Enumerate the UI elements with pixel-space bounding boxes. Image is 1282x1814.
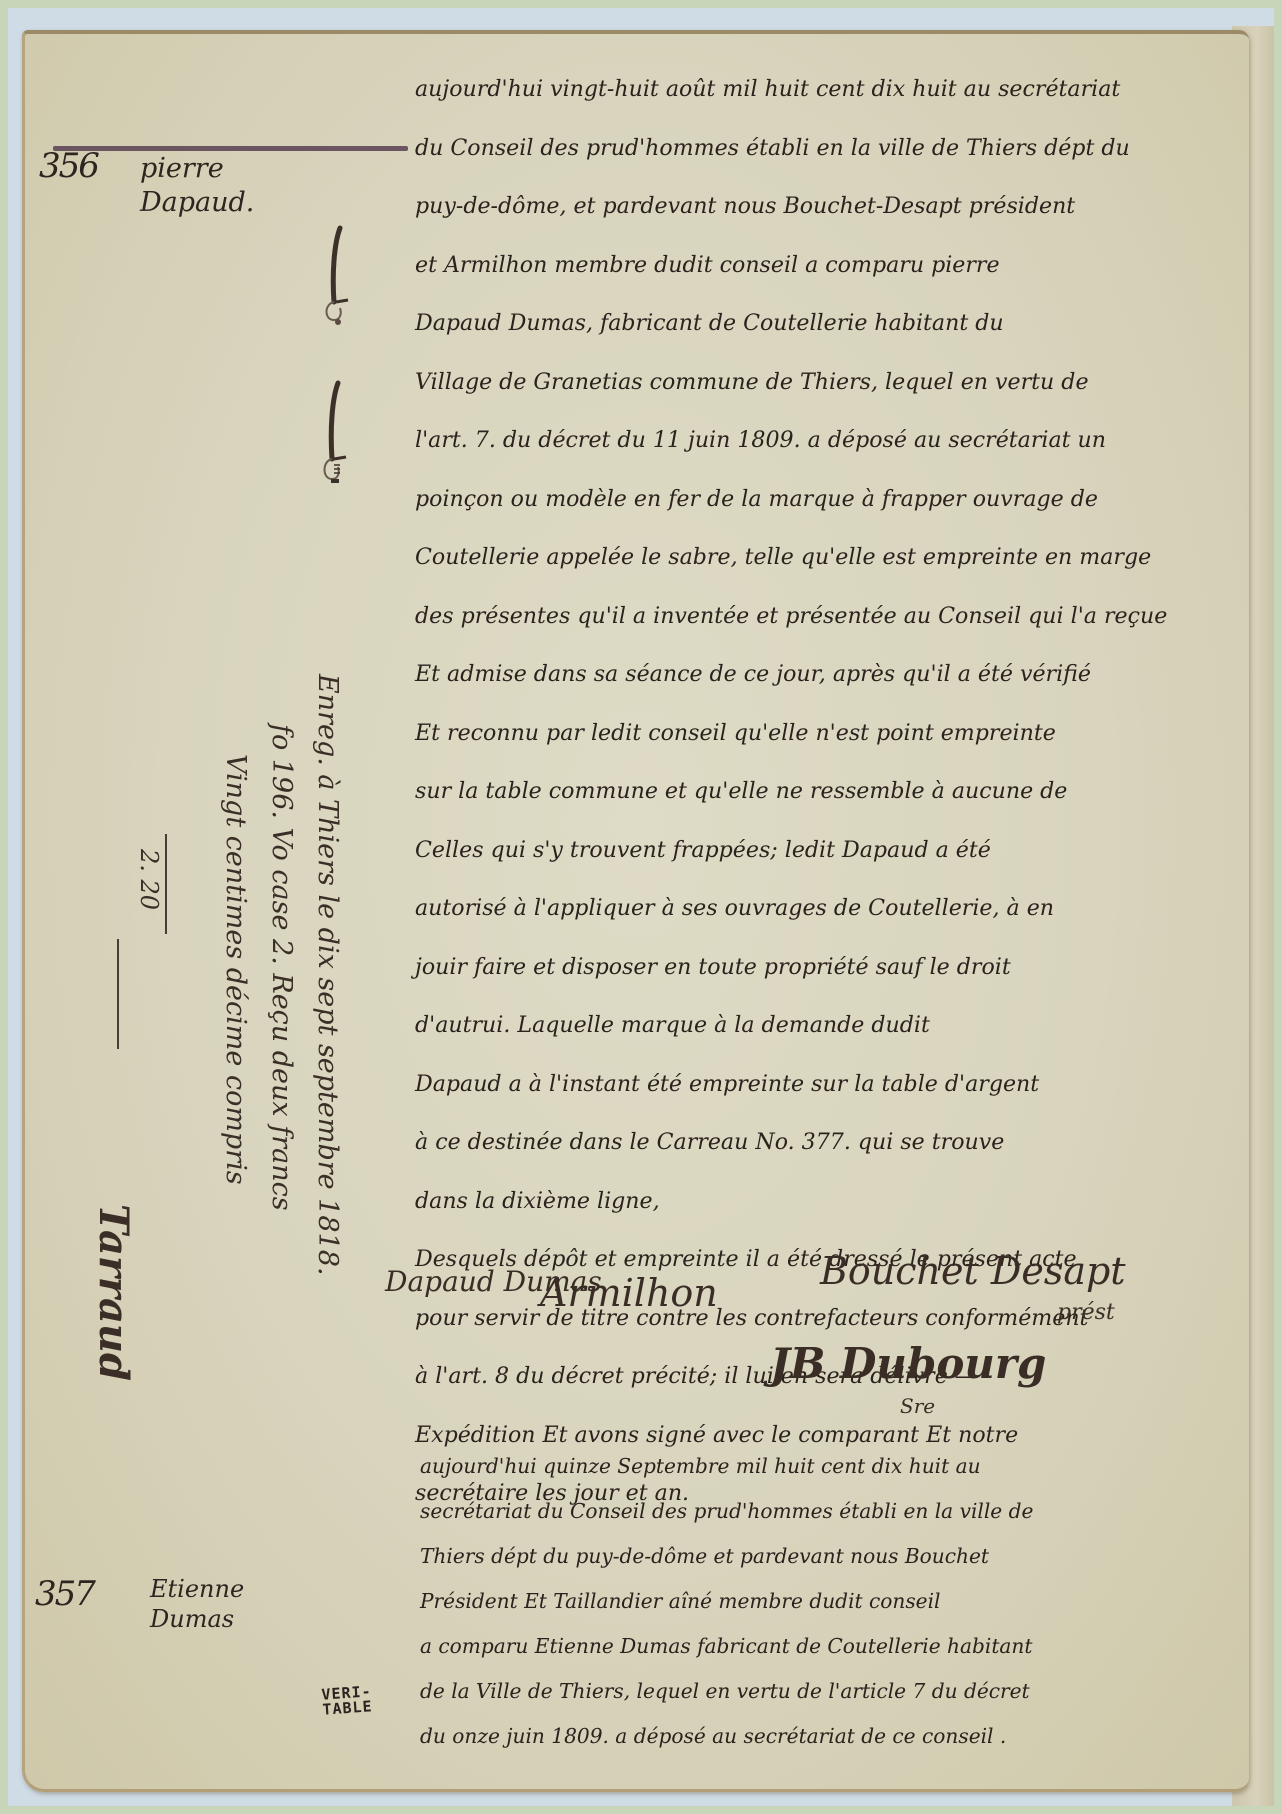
text-line: du Conseil des prud'hommes établi en la …: [415, 119, 1230, 178]
text-line: jouir faire et disposer en toute proprié…: [415, 938, 1230, 997]
text-line: Thiers dépt du puy-de-dôme et pardevant …: [420, 1534, 1235, 1579]
text-line: puy-de-dôme, et pardevant nous Bouchet-D…: [415, 177, 1230, 236]
text-line: Dapaud a à l'instant été empreinte sur l…: [415, 1055, 1230, 1114]
text-line: Celles qui s'y trouvent frappées; ledit …: [415, 821, 1230, 880]
text-line: Dapaud Dumas, fabricant de Coutellerie h…: [415, 294, 1230, 353]
text-line: à ce destinée dans le Carreau No. 377. q…: [415, 1113, 1230, 1172]
text-line: des présentes qu'il a inventée et présen…: [415, 587, 1230, 646]
registration-fee-amount: 2. 20: [135, 849, 163, 910]
signature-president: Bouchet Desapt: [820, 1249, 1126, 1293]
text-line: Et reconnu par ledit conseil qu'elle n'e…: [415, 704, 1230, 763]
signature-secretary-title: Sre: [900, 1394, 935, 1418]
entry-last-name: Dapaud.: [140, 186, 254, 220]
registration-note-line-1: Enreg. à Thiers le dix sept septembre 18…: [312, 674, 343, 1276]
stamp-line-2: TABLE: [322, 1699, 373, 1717]
entry-last-name: Dumas: [150, 1604, 244, 1634]
text-line: autorisé à l'appliquer à ses ouvrages de…: [415, 879, 1230, 938]
header-rule: [53, 146, 408, 151]
text-line: Président Et Taillandier aîné membre dud…: [420, 1579, 1235, 1624]
entry-number-357: 357: [35, 1574, 94, 1614]
text-line: a comparu Etienne Dumas fabricant de Cou…: [420, 1624, 1235, 1669]
entry-name-356: pierre Dapaud.: [140, 152, 254, 220]
text-line: aujourd'hui vingt-huit août mil huit cen…: [415, 60, 1230, 119]
text-line: du onze juin 1809. a déposé au secrétari…: [420, 1714, 1235, 1759]
rule: [117, 939, 119, 1049]
text-line: Coutellerie appelée le sabre, telle qu'e…: [415, 528, 1230, 587]
registration-note-line-3: Vingt centimes décime compris: [220, 754, 251, 1185]
entry-number-356: 356: [39, 146, 98, 186]
signature-president-title: prést: [1057, 1300, 1115, 1325]
text-line: l'art. 7. du décret du 11 juin 1809. a d…: [415, 411, 1230, 470]
signature-secretary: JB Dubourg: [770, 1339, 1046, 1388]
text-line: secrétariat du Conseil des prud'hommes é…: [420, 1489, 1235, 1534]
signature-armilhon: Armilhon: [540, 1271, 718, 1315]
text-line: et Armilhon membre dudit conseil a compa…: [415, 236, 1230, 295]
entry-357-text: aujourd'hui quinze Septembre mil huit ce…: [420, 1444, 1250, 1759]
rule: [165, 834, 167, 934]
registration-clerk-signature: Tarraud: [90, 1204, 137, 1381]
entry-first-name: Etienne: [150, 1574, 244, 1604]
text-line: de la Ville de Thiers, lequel en vertu d…: [420, 1669, 1235, 1714]
registration-note-line-2: fo 196. Vo case 2. Reçu deux francs: [266, 724, 297, 1211]
entry-first-name: pierre: [140, 152, 254, 186]
entry-name-357: Etienne Dumas: [150, 1574, 244, 1634]
text-line: poinçon ou modèle en fer de la marque à …: [415, 470, 1230, 529]
text-line: Village de Granetias commune de Thiers, …: [415, 353, 1230, 412]
manuscript-page: 356 pierre Dapaud. aujourd'hui vingt-hui…: [22, 30, 1249, 1792]
text-line: aujourd'hui quinze Septembre mil huit ce…: [420, 1444, 1235, 1489]
sabre-mark-icon: [316, 379, 356, 489]
veritable-stamp: VERI- TABLE: [321, 1684, 373, 1717]
sabre-mark-icon: [318, 224, 358, 334]
text-line: d'autrui. Laquelle marque à la demande d…: [415, 996, 1230, 1055]
text-line: dans la dixième ligne,: [415, 1172, 1230, 1231]
text-line: Et admise dans sa séance de ce jour, apr…: [415, 645, 1230, 704]
text-line: sur la table commune et qu'elle ne resse…: [415, 762, 1230, 821]
